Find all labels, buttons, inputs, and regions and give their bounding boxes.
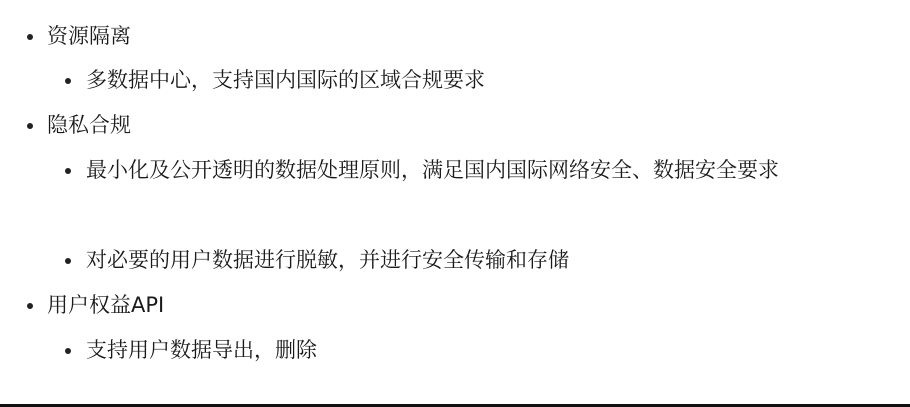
bullet-icon [65,348,71,354]
outline-subitem-minimization: 最小化及公开透明的数据处理原则，满足国内国际网络安全、数据安全要求 [0,148,910,238]
bullet-icon [65,258,71,264]
bullet-icon [27,123,33,129]
bullet-outline: 资源隔离 多数据中心，支持国内国际的区域合规要求 隐私合规 最小化及公开透明的数… [0,0,910,404]
bullet-icon [27,303,33,309]
outline-subitem-multi-datacenter: 多数据中心，支持国内国际的区域合规要求 [0,58,910,103]
outline-item-text: 隐私合规 [47,103,131,148]
outline-subitem-text: 多数据中心，支持国内国际的区域合规要求 [86,58,485,103]
outline-item-user-rights-api: 用户权益API [0,283,910,328]
outline-subitem-text: 最小化及公开透明的数据处理原则，满足国内国际网络安全、数据安全要求 [86,148,886,193]
outline-item-privacy-compliance: 隐私合规 [0,103,910,148]
outline-subitem-text: 对必要的用户数据进行脱敏，并进行安全传输和存储 [86,238,569,283]
outline-subitem-data-export: 支持用户数据导出，删除 [0,328,910,373]
outline-subitem-text: 支持用户数据导出，删除 [86,328,317,373]
outline-item-text: 用户权益API [47,283,164,328]
bullet-icon [27,34,33,40]
bullet-icon [65,168,71,174]
bullet-icon [65,78,71,84]
outline-item-resource-isolation: 资源隔离 [0,14,910,59]
outline-item-text: 资源隔离 [47,14,131,59]
outline-subitem-desensitization: 对必要的用户数据进行脱敏，并进行安全传输和存储 [0,238,910,283]
